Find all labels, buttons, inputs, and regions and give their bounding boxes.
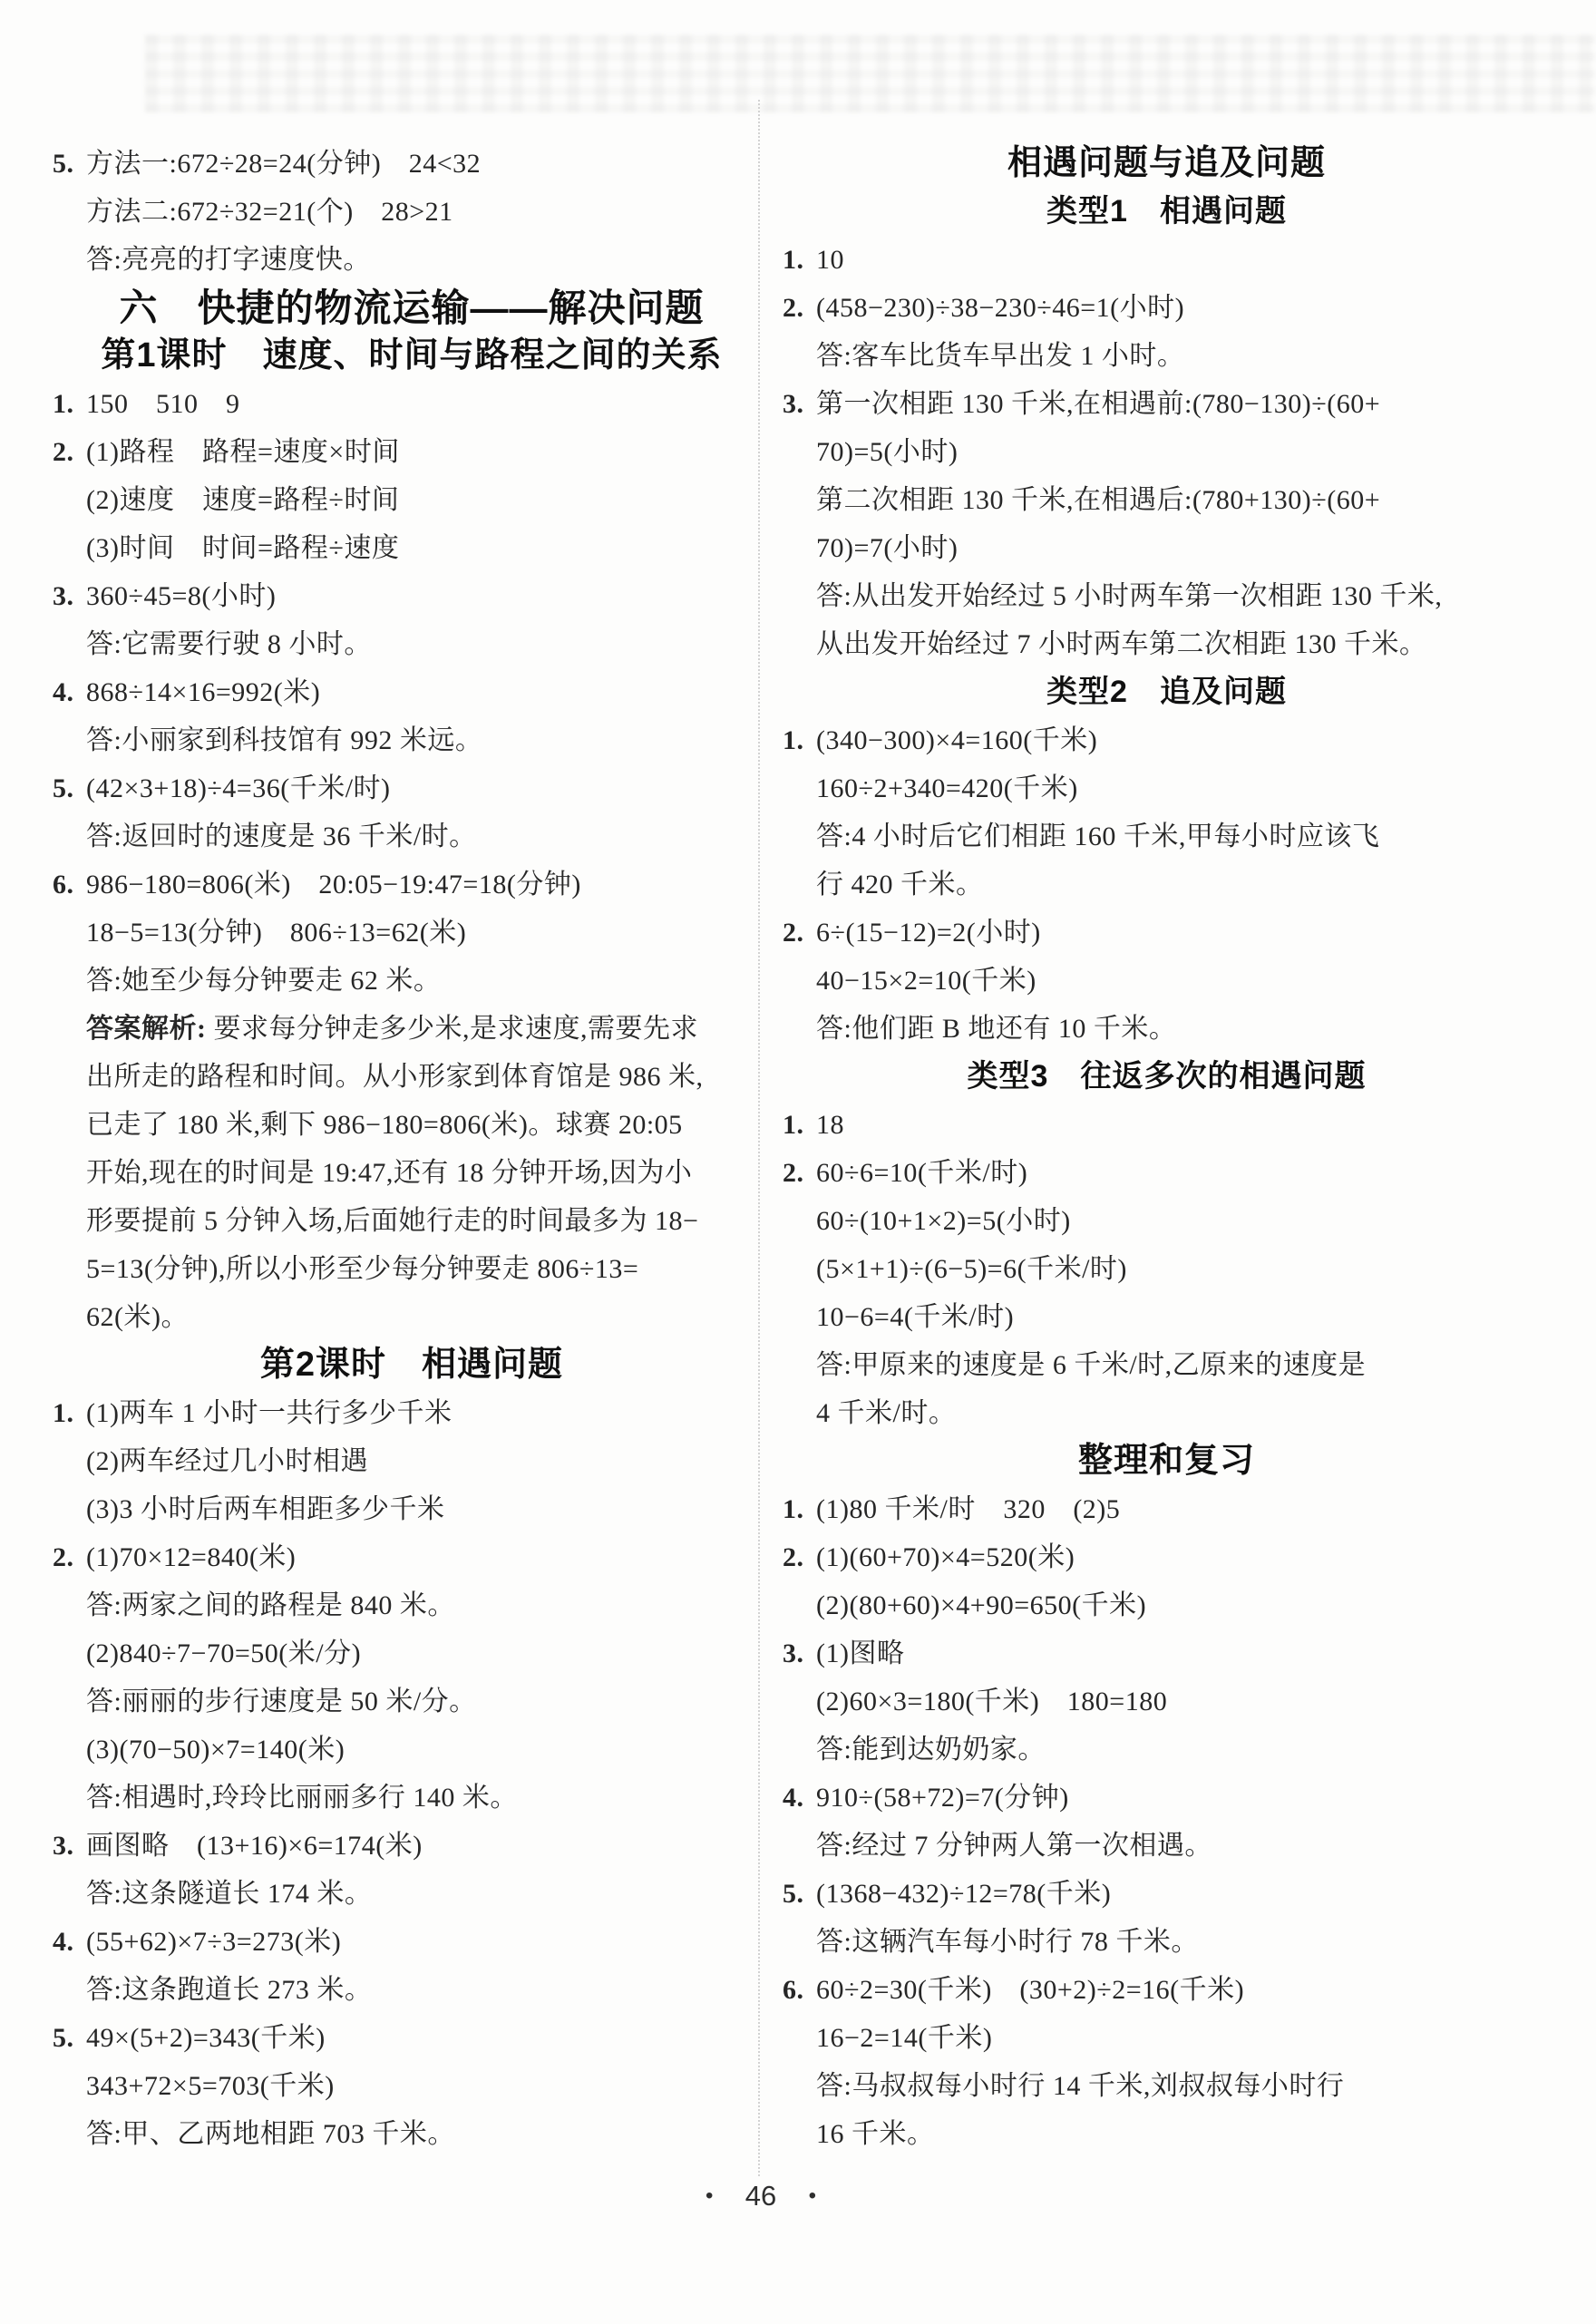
- item-number: 3.: [783, 380, 816, 428]
- answer-line: 答:他们距 B 地还有 10 千米。: [783, 1005, 1551, 1053]
- line-text: (55+62)×7÷3=273(米): [86, 1927, 341, 1957]
- answer-line: 1. 18: [783, 1101, 1551, 1149]
- line-text: 第2课时 相遇问题: [260, 1346, 563, 1384]
- line-text: 答:4 小时后它们相距 160 千米,甲每小时应该飞: [816, 822, 1379, 851]
- section-heading: 整理和复习: [783, 1437, 1551, 1485]
- page-number: 46: [745, 2180, 776, 2212]
- line-text: (1)图略: [816, 1638, 904, 1668]
- answer-line: 答:亮亮的打字速度快。: [53, 236, 771, 284]
- answer-line: (3)(70−50)×7=140(米): [53, 1726, 771, 1774]
- line-text: 16 千米。: [816, 2119, 935, 2149]
- answer-line: 答:甲、乙两地相距 703 千米。: [53, 2110, 771, 2158]
- line-text: 16−2=14(千米): [816, 2023, 992, 2053]
- answer-line: 1. (1)80 千米/时 320 (2)5: [783, 1485, 1551, 1533]
- section-heading: 第2课时 相遇问题: [53, 1341, 771, 1389]
- item-number: 2.: [53, 1533, 86, 1581]
- line-text: 答:亮亮的打字速度快。: [86, 245, 371, 275]
- line-text: 10: [816, 245, 844, 275]
- item-number: 3.: [783, 1629, 816, 1677]
- line-text: 从出发开始经过 7 小时两车第二次相距 130 千米。: [816, 629, 1427, 659]
- answer-line: 18−5=13(分钟) 806÷13=62(米): [53, 909, 771, 957]
- line-text: (2)60×3=180(千米) 180=180: [816, 1687, 1167, 1716]
- answer-line: 2. (1)70×12=840(米): [53, 1533, 771, 1581]
- line-text: 70)=5(小时): [816, 437, 958, 467]
- item-number: 4.: [53, 668, 86, 716]
- footer-left-dot-icon: •: [706, 2174, 713, 2218]
- answer-line: (2)两车经过几小时相遇: [53, 1437, 771, 1485]
- line-text: 49×(5+2)=343(千米): [86, 2023, 326, 2053]
- answer-line: 3. 第一次相距 130 千米,在相遇前:(780−130)÷(60+: [783, 380, 1551, 428]
- line-text: 60÷(10+1×2)=5(小时): [816, 1206, 1071, 1236]
- answer-line: (3)3 小时后两车相距多少千米: [53, 1485, 771, 1533]
- line-text: 方法二:672÷32=21(个) 28>21: [86, 197, 453, 227]
- item-number: 4.: [53, 1918, 86, 1966]
- line-text: 910÷(58+72)=7(分钟): [816, 1783, 1069, 1813]
- scan-artifact-band: [145, 34, 1596, 112]
- item-number: 1.: [53, 380, 86, 428]
- line-text: 第二次相距 130 千米,在相遇后:(780+130)÷(60+: [816, 485, 1380, 515]
- answer-line: 1. 10: [783, 236, 1551, 284]
- item-number: 6.: [783, 1966, 816, 2014]
- item-number: 5.: [783, 1870, 816, 1918]
- item-number: 3.: [53, 572, 86, 620]
- line-text: 开始,现在的时间是 19:47,还有 18 分钟开场,因为小: [86, 1158, 692, 1188]
- answer-line: 1. (340−300)×4=160(千米): [783, 716, 1551, 764]
- left-column: 5. 方法一:672÷28=24(分钟) 24<32 方法二:672÷32=21…: [53, 140, 771, 2158]
- answer-line: (2)60×3=180(千米) 180=180: [783, 1677, 1551, 1726]
- answer-line: 2. (458−230)÷38−230÷46=1(小时): [783, 284, 1551, 332]
- line-text: (2)840÷7−70=50(米/分): [86, 1638, 361, 1668]
- answer-line: 答案解析: 要求每分钟走多少米,是求速度,需要先求: [53, 1005, 771, 1053]
- item-number: 1.: [53, 1389, 86, 1437]
- answer-line: (2)840÷7−70=50(米/分): [53, 1629, 771, 1677]
- line-text: 答:这辆汽车每小时行 78 千米。: [816, 1927, 1199, 1957]
- line-text: 答:它需要行驶 8 小时。: [86, 629, 372, 659]
- answer-line: 方法二:672÷32=21(个) 28>21: [53, 188, 771, 236]
- answer-line: 答:她至少每分钟要走 62 米。: [53, 957, 771, 1005]
- answer-line: 1. (1)两车 1 小时一共行多少千米: [53, 1389, 771, 1437]
- answer-line: 3. 画图略 (13+16)×6=174(米): [53, 1822, 771, 1870]
- line-text: 40−15×2=10(千米): [816, 966, 1036, 996]
- line-text: (1)70×12=840(米): [86, 1542, 296, 1572]
- answer-line: 2. (1)(60+70)×4=520(米): [783, 1533, 1551, 1581]
- answer-line: 5. 49×(5+2)=343(千米): [53, 2014, 771, 2062]
- line-text: 答:马叔叔每小时行 14 千米,刘叔叔每小时行: [816, 2071, 1344, 2101]
- answer-line: 160÷2+340=420(千米): [783, 764, 1551, 812]
- line-text: 要求每分钟走多少米,是求速度,需要先求: [214, 1014, 699, 1044]
- line-text: (340−300)×4=160(千米): [816, 725, 1097, 755]
- item-number: 2.: [53, 428, 86, 476]
- line-text: 答:能到达奶奶家。: [816, 1735, 1046, 1765]
- line-text: (1)两车 1 小时一共行多少千米: [86, 1398, 452, 1428]
- answer-line: 5=13(分钟),所以小形至少每分钟要走 806÷13=: [53, 1245, 771, 1293]
- answer-line: 5. (1368−432)÷12=78(千米): [783, 1870, 1551, 1918]
- line-text: 形要提前 5 分钟入场,后面她行走的时间最多为 18−: [86, 1206, 698, 1236]
- line-text: (3)(70−50)×7=140(米): [86, 1735, 345, 1765]
- line-text: (458−230)÷38−230÷46=1(小时): [816, 293, 1184, 323]
- section-heading: 相遇问题与追及问题: [783, 140, 1551, 188]
- line-text: 360÷45=8(小时): [86, 581, 276, 611]
- line-text: (2)两车经过几小时相遇: [86, 1446, 368, 1476]
- line-text: 343+72×5=703(千米): [86, 2071, 335, 2101]
- item-number: 1.: [783, 1101, 816, 1149]
- answer-line: 62(米)。: [53, 1293, 771, 1341]
- line-text: 相遇问题与追及问题: [1007, 144, 1326, 182]
- answer-line: (3)时间 时间=路程÷速度: [53, 524, 771, 572]
- line-text: 答:她至少每分钟要走 62 米。: [86, 966, 441, 996]
- item-number: 1.: [783, 236, 816, 284]
- answer-line: 从出发开始经过 7 小时两车第二次相距 130 千米。: [783, 620, 1551, 668]
- page-footer: • 46 •: [706, 2174, 816, 2218]
- line-text: 答:从出发开始经过 5 小时两车第一次相距 130 千米,: [816, 581, 1442, 611]
- answer-line: 形要提前 5 分钟入场,后面她行走的时间最多为 18−: [53, 1197, 771, 1245]
- line-text: 答:返回时的速度是 36 千米/时。: [86, 822, 477, 851]
- line-text: 行 420 千米。: [816, 870, 984, 899]
- item-number: 1.: [783, 1485, 816, 1533]
- answer-line: 第二次相距 130 千米,在相遇后:(780+130)÷(60+: [783, 476, 1551, 524]
- answer-line: 6. 986−180=806(米) 20:05−19:47=18(分钟): [53, 861, 771, 909]
- answer-line: 4. 868÷14×16=992(米): [53, 668, 771, 716]
- answer-line: 2. 6÷(15−12)=2(小时): [783, 909, 1551, 957]
- line-label: 答案解析:: [86, 1014, 207, 1044]
- answer-line: 5. 方法一:672÷28=24(分钟) 24<32: [53, 140, 771, 188]
- answer-line: 答:从出发开始经过 5 小时两车第一次相距 130 千米,: [783, 572, 1551, 620]
- line-text: 10−6=4(千米/时): [816, 1302, 1014, 1332]
- answer-line: 60÷(10+1×2)=5(小时): [783, 1197, 1551, 1245]
- line-text: 答:相遇时,玲玲比丽丽多行 140 米。: [86, 1783, 518, 1813]
- answer-line: 答:相遇时,玲玲比丽丽多行 140 米。: [53, 1774, 771, 1822]
- line-text: 出所走的路程和时间。从小形家到体育馆是 986 米,: [86, 1062, 704, 1092]
- line-text: 第1课时 速度、时间与路程之间的关系: [101, 336, 722, 374]
- item-number: 5.: [53, 140, 86, 188]
- item-number: 4.: [783, 1774, 816, 1822]
- answer-line: 3. (1)图略: [783, 1629, 1551, 1677]
- line-text: 六 快捷的物流运输——解决问题: [119, 287, 704, 329]
- line-text: 答:他们距 B 地还有 10 千米。: [816, 1014, 1176, 1044]
- section-heading: 类型2 追及问题: [783, 668, 1551, 716]
- line-text: 整理和复习: [1078, 1442, 1255, 1480]
- item-number: 6.: [53, 861, 86, 909]
- line-text: 4 千米/时。: [816, 1398, 956, 1428]
- line-text: 答:两家之间的路程是 840 米。: [86, 1590, 455, 1620]
- line-text: 画图略 (13+16)×6=174(米): [86, 1831, 423, 1861]
- line-text: (1368−432)÷12=78(千米): [816, 1879, 1111, 1909]
- answer-line: 6. 60÷2=30(千米) (30+2)÷2=16(千米): [783, 1966, 1551, 2014]
- item-number: 5.: [53, 2014, 86, 2062]
- line-text: 60÷2=30(千米) (30+2)÷2=16(千米): [816, 1975, 1244, 2005]
- line-text: (3)时间 时间=路程÷速度: [86, 533, 399, 563]
- answer-line: (2)速度 速度=路程÷时间: [53, 476, 771, 524]
- item-number: 2.: [783, 909, 816, 957]
- line-text: 6÷(15−12)=2(小时): [816, 918, 1041, 948]
- line-text: 986−180=806(米) 20:05−19:47=18(分钟): [86, 870, 581, 899]
- section-heading: 类型1 相遇问题: [783, 188, 1551, 236]
- answer-line: 10−6=4(千米/时): [783, 1293, 1551, 1341]
- line-text: (2)(80+60)×4+90=650(千米): [816, 1590, 1146, 1620]
- item-number: 1.: [783, 716, 816, 764]
- answer-line: 40−15×2=10(千米): [783, 957, 1551, 1005]
- answer-line: 出所走的路程和时间。从小形家到体育馆是 986 米,: [53, 1053, 771, 1101]
- answer-line: 4. (55+62)×7÷3=273(米): [53, 1918, 771, 1966]
- line-text: (2)速度 速度=路程÷时间: [86, 485, 399, 515]
- answer-line: 答:能到达奶奶家。: [783, 1726, 1551, 1774]
- answer-line: 70)=7(小时): [783, 524, 1551, 572]
- line-text: 18−5=13(分钟) 806÷13=62(米): [86, 918, 466, 948]
- answer-line: 2. 60÷6=10(千米/时): [783, 1149, 1551, 1197]
- answer-line: (5×1+1)÷(6−5)=6(千米/时): [783, 1245, 1551, 1293]
- right-column: 相遇问题与追及问题 类型1 相遇问题 1. 10 2. (458−230)÷38…: [783, 140, 1551, 2158]
- line-text: 18: [816, 1110, 844, 1140]
- line-text: (1)路程 路程=速度×时间: [86, 437, 400, 467]
- answer-line: 答:这条隧道长 174 米。: [53, 1870, 771, 1918]
- item-number: 2.: [783, 1533, 816, 1581]
- answer-line: 答:经过 7 分钟两人第一次相遇。: [783, 1822, 1551, 1870]
- answer-line: 答:客车比货车早出发 1 小时。: [783, 332, 1551, 380]
- line-text: 答:客车比货车早出发 1 小时。: [816, 341, 1184, 371]
- line-text: 5=13(分钟),所以小形至少每分钟要走 806÷13=: [86, 1254, 638, 1284]
- answer-line: 5. (42×3+18)÷4=36(千米/时): [53, 764, 771, 812]
- line-text: 答:这条跑道长 273 米。: [86, 1975, 372, 2005]
- line-text: (42×3+18)÷4=36(千米/时): [86, 773, 391, 803]
- section-heading: 第1课时 速度、时间与路程之间的关系: [53, 332, 771, 380]
- item-number: 3.: [53, 1822, 86, 1870]
- answer-line: 行 420 千米。: [783, 861, 1551, 909]
- answer-line: 答:小丽家到科技馆有 992 米远。: [53, 716, 771, 764]
- answer-line: 答:这条跑道长 273 米。: [53, 1966, 771, 2014]
- answer-line: 3. 360÷45=8(小时): [53, 572, 771, 620]
- answer-line: 答:甲原来的速度是 6 千米/时,乙原来的速度是: [783, 1341, 1551, 1389]
- answer-line: 343+72×5=703(千米): [53, 2062, 771, 2110]
- item-number: 2.: [783, 1149, 816, 1197]
- line-text: 方法一:672÷28=24(分钟) 24<32: [86, 149, 481, 179]
- section-heading: 六 快捷的物流运输——解决问题: [53, 284, 771, 332]
- answer-line: 答:这辆汽车每小时行 78 千米。: [783, 1918, 1551, 1966]
- answer-line: 4. 910÷(58+72)=7(分钟): [783, 1774, 1551, 1822]
- line-text: 160÷2+340=420(千米): [816, 773, 1078, 803]
- footer-right-dot-icon: •: [809, 2174, 816, 2218]
- answer-line: 答:4 小时后它们相距 160 千米,甲每小时应该飞: [783, 812, 1551, 861]
- line-text: 答:经过 7 分钟两人第一次相遇。: [816, 1831, 1212, 1861]
- line-text: 答:甲原来的速度是 6 千米/时,乙原来的速度是: [816, 1350, 1366, 1380]
- line-text: 70)=7(小时): [816, 533, 958, 563]
- line-text: 答:丽丽的步行速度是 50 米/分。: [86, 1687, 477, 1716]
- answer-line: 答:两家之间的路程是 840 米。: [53, 1581, 771, 1629]
- answer-line: 答:它需要行驶 8 小时。: [53, 620, 771, 668]
- item-number: 2.: [783, 284, 816, 332]
- answer-line: 1. 150 510 9: [53, 380, 771, 428]
- answer-line: 答:返回时的速度是 36 千米/时。: [53, 812, 771, 861]
- line-text: 类型3 往返多次的相遇问题: [968, 1059, 1367, 1094]
- line-text: (1)(60+70)×4=520(米): [816, 1542, 1075, 1572]
- line-text: (3)3 小时后两车相距多少千米: [86, 1494, 444, 1524]
- answer-line: 16−2=14(千米): [783, 2014, 1551, 2062]
- line-text: (1)80 千米/时 320 (2)5: [816, 1494, 1120, 1524]
- line-text: 62(米)。: [86, 1302, 189, 1332]
- line-text: 已走了 180 米,剩下 986−180=806(米)。球赛 20:05: [86, 1110, 683, 1140]
- line-text: 第一次相距 130 千米,在相遇前:(780−130)÷(60+: [816, 389, 1380, 419]
- line-text: 答:甲、乙两地相距 703 千米。: [86, 2119, 455, 2149]
- workbook-answer-page: 5. 方法一:672÷28=24(分钟) 24<32 方法二:672÷32=21…: [0, 0, 1596, 2324]
- answer-line: 答:丽丽的步行速度是 50 米/分。: [53, 1677, 771, 1726]
- answer-line: 2. (1)路程 路程=速度×时间: [53, 428, 771, 476]
- answer-line: 答:马叔叔每小时行 14 千米,刘叔叔每小时行: [783, 2062, 1551, 2110]
- answer-line: (2)(80+60)×4+90=650(千米): [783, 1581, 1551, 1629]
- line-text: 类型1 相遇问题: [1046, 194, 1287, 229]
- answer-line: 开始,现在的时间是 19:47,还有 18 分钟开场,因为小: [53, 1149, 771, 1197]
- answer-line: 16 千米。: [783, 2110, 1551, 2158]
- line-text: 868÷14×16=992(米): [86, 677, 320, 707]
- answer-line: 4 千米/时。: [783, 1389, 1551, 1437]
- answer-line: 70)=5(小时): [783, 428, 1551, 476]
- column-divider: [758, 100, 760, 2176]
- line-text: 答:这条隧道长 174 米。: [86, 1879, 372, 1909]
- answer-line: 已走了 180 米,剩下 986−180=806(米)。球赛 20:05: [53, 1101, 771, 1149]
- line-text: (5×1+1)÷(6−5)=6(千米/时): [816, 1254, 1127, 1284]
- section-heading: 类型3 往返多次的相遇问题: [783, 1053, 1551, 1101]
- line-text: 类型2 追及问题: [1046, 675, 1287, 709]
- line-text: 150 510 9: [86, 389, 240, 419]
- item-number: 5.: [53, 764, 86, 812]
- line-text: 60÷6=10(千米/时): [816, 1158, 1027, 1188]
- line-text: 答:小丽家到科技馆有 992 米远。: [86, 725, 482, 755]
